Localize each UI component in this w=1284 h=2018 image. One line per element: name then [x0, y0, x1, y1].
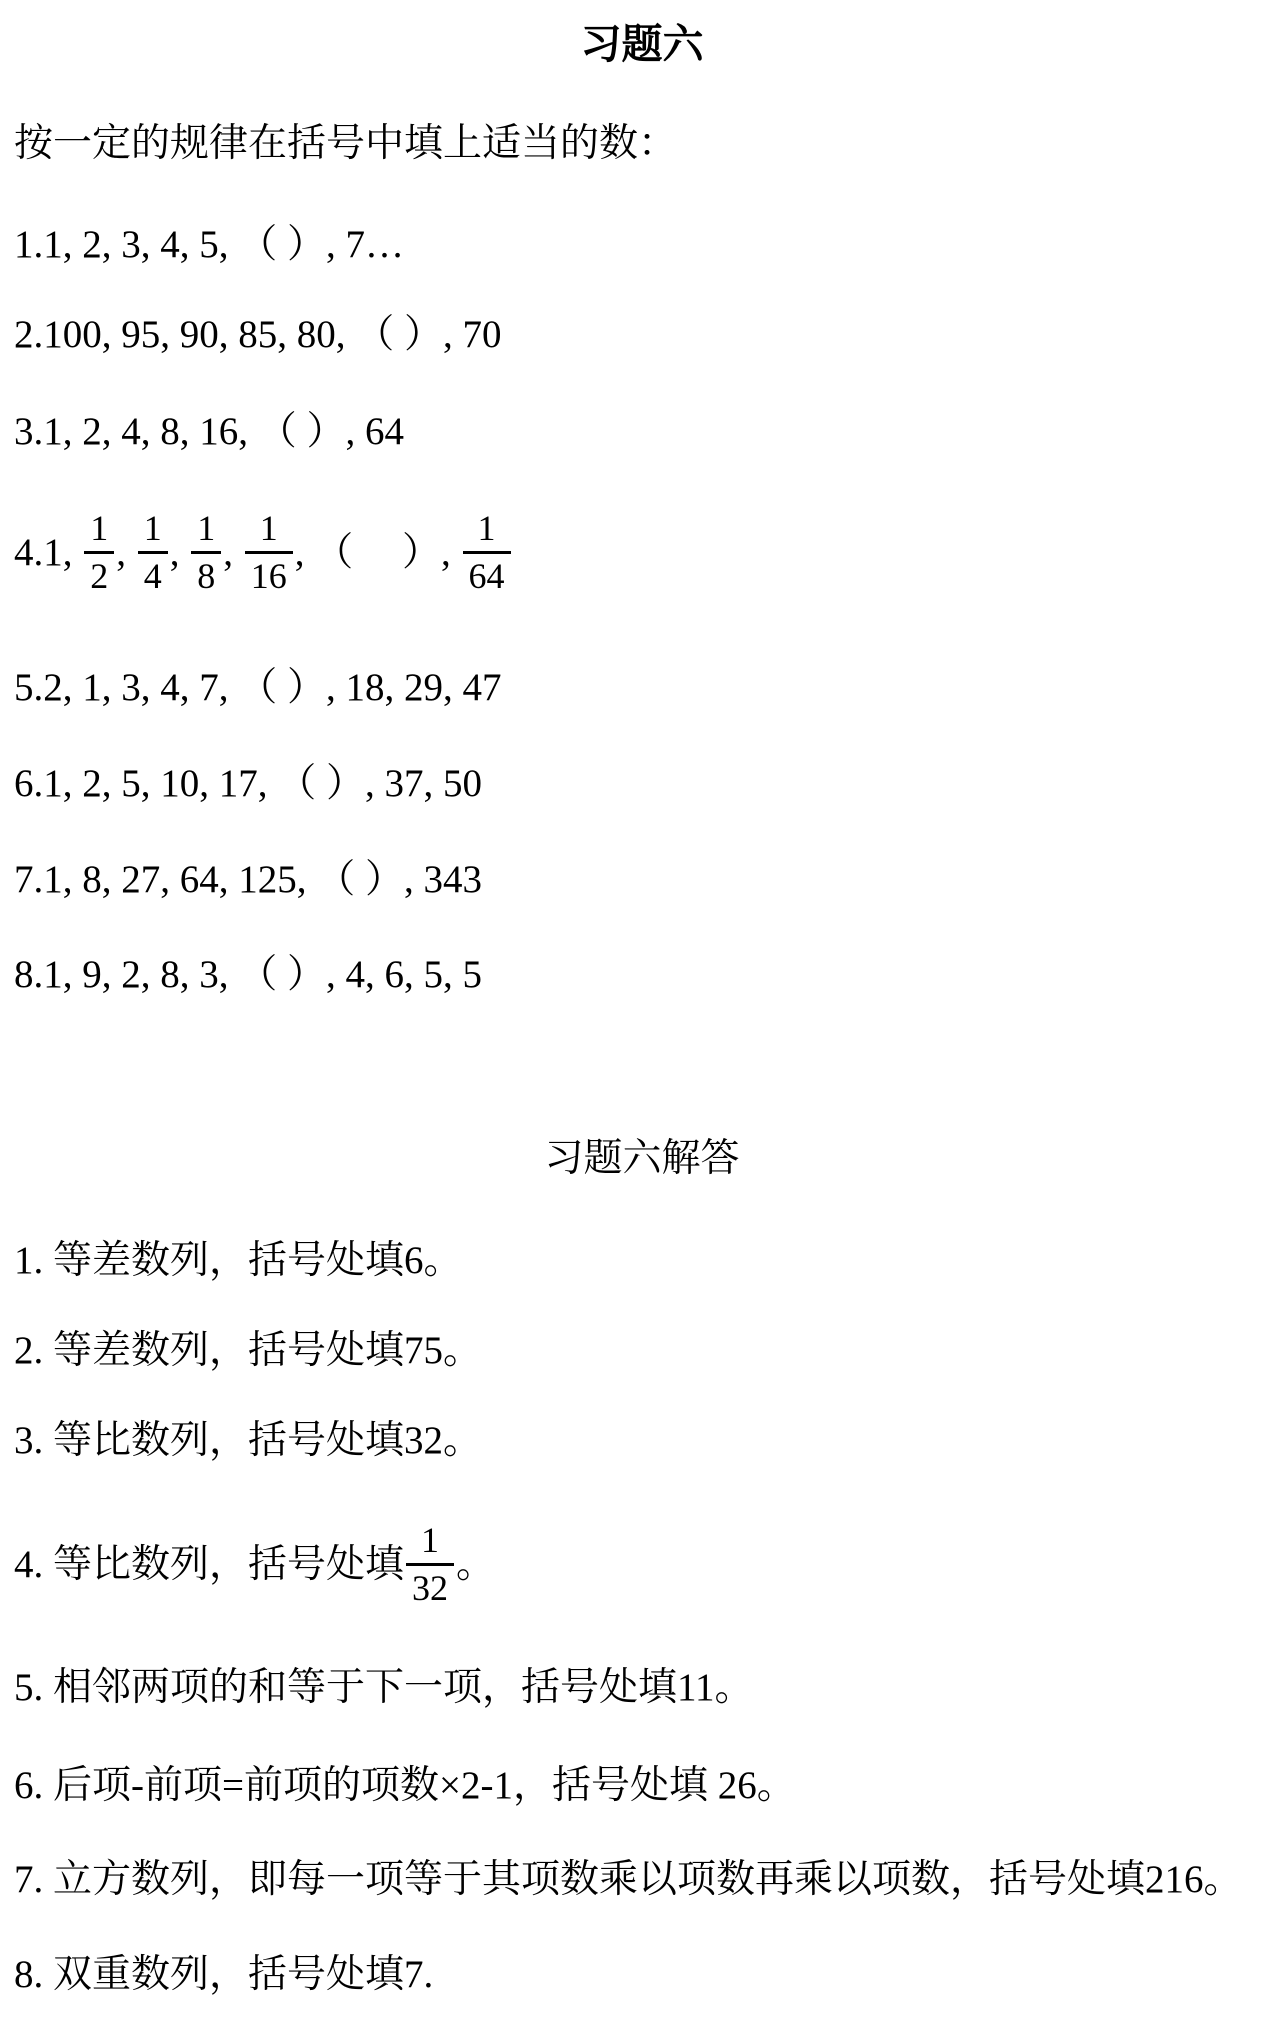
question-line: 2.100, 95, 90, 85, 80, （ ）, 70 [14, 315, 502, 354]
text-run: 7.1, 8, 27, 64, 125, （ ）, 343 [14, 858, 482, 901]
text-run: 6.1, 2, 5, 10, 17, （ ）, 37, 50 [14, 762, 482, 805]
text-run: 4. 等比数列，括号处填 [14, 1545, 404, 1584]
fraction-denominator: 64 [463, 554, 511, 596]
text-run: 8.1, 9, 2, 8, 3, （ ）, 4, 6, 5, 5 [14, 953, 482, 996]
answer-line: 5. 相邻两项的和等于下一项，括号处填11。 [14, 1668, 754, 1707]
fraction: 12 [84, 509, 114, 596]
answer-line: 7. 立方数列，即每一项等于其项数乘以项数再乘以项数，括号处填216。 [14, 1860, 1243, 1899]
text-run: 1.1, 2, 3, 4, 5, （ ）, 7… [14, 223, 404, 266]
text-run: 7. 立方数列，即每一项等于其项数乘以项数再乘以项数，括号处填216。 [14, 1858, 1243, 1901]
fraction-denominator: 4 [138, 554, 168, 596]
fraction-numerator: 1 [191, 509, 221, 551]
text-run: , [116, 533, 136, 572]
question-line: 5.2, 1, 3, 4, 7, （ ）, 18, 29, 47 [14, 668, 502, 707]
fraction: 18 [191, 509, 221, 596]
answers-section-title: 习题六解答 [0, 1139, 1284, 1178]
question-line: 8.1, 9, 2, 8, 3, （ ）, 4, 6, 5, 5 [14, 955, 482, 994]
answer-line: 2. 等差数列，括号处填75。 [14, 1331, 482, 1370]
text-run: 4.1, [14, 533, 82, 572]
answer-line: 8. 双重数列，括号处填7. [14, 1955, 433, 1994]
text-run: 2.100, 95, 90, 85, 80, （ ）, 70 [14, 313, 502, 356]
text-run: , [170, 533, 190, 572]
text-run: 2. 等差数列，括号处填75。 [14, 1329, 482, 1372]
text-run: , [223, 533, 243, 572]
fraction-numerator: 1 [472, 509, 502, 551]
exercise-document-page: 习题六 按一定的规律在括号中填上适当的数： 1.1, 2, 3, 4, 5, （… [0, 0, 1284, 2018]
fraction: 116 [245, 509, 293, 596]
fraction-numerator: 1 [138, 509, 168, 551]
question-line: 6.1, 2, 5, 10, 17, （ ）, 37, 50 [14, 764, 482, 803]
text-run: 5.2, 1, 3, 4, 7, （ ）, 18, 29, 47 [14, 666, 502, 709]
fraction-denominator: 32 [406, 1566, 454, 1608]
answer-line: 4. 等比数列，括号处填132。 [14, 1514, 495, 1614]
question-line: 3.1, 2, 4, 8, 16, （ ）, 64 [14, 412, 404, 451]
text-run: 6. 后项-前项=前项的项数×2-1，括号处填 26。 [14, 1764, 796, 1807]
fraction-numerator: 1 [415, 1521, 445, 1563]
answer-line: 6. 后项-前项=前项的项数×2-1，括号处填 26。 [14, 1766, 796, 1805]
exercise-instruction: 按一定的规律在括号中填上适当的数： [14, 124, 677, 163]
question-line: 1.1, 2, 3, 4, 5, （ ）, 7… [14, 225, 404, 264]
fraction-denominator: 8 [191, 554, 221, 596]
text-run: 1. 等差数列，括号处填6。 [14, 1239, 463, 1282]
text-run: 3. 等比数列，括号处填32。 [14, 1419, 482, 1462]
fraction-numerator: 1 [254, 509, 284, 551]
fraction-numerator: 1 [84, 509, 114, 551]
text-run: 8. 双重数列，括号处填7. [14, 1953, 433, 1996]
fraction: 14 [138, 509, 168, 596]
question-line: 4.1, 12, 14, 18, 116, （ ）, 164 [14, 502, 513, 602]
fraction-denominator: 16 [245, 554, 293, 596]
text-run: 3.1, 2, 4, 8, 16, （ ）, 64 [14, 410, 404, 453]
fraction-denominator: 2 [84, 554, 114, 596]
page-title: 习题六 [0, 24, 1284, 65]
fraction: 164 [463, 509, 511, 596]
text-run: 5. 相邻两项的和等于下一项，括号处填11。 [14, 1666, 754, 1709]
text-run: , （ ）, [295, 533, 461, 572]
text-run: 。 [456, 1545, 495, 1584]
question-line: 7.1, 8, 27, 64, 125, （ ）, 343 [14, 860, 482, 899]
fraction: 132 [406, 1521, 454, 1608]
answer-line: 3. 等比数列，括号处填32。 [14, 1421, 482, 1460]
answer-line: 1. 等差数列，括号处填6。 [14, 1241, 463, 1280]
